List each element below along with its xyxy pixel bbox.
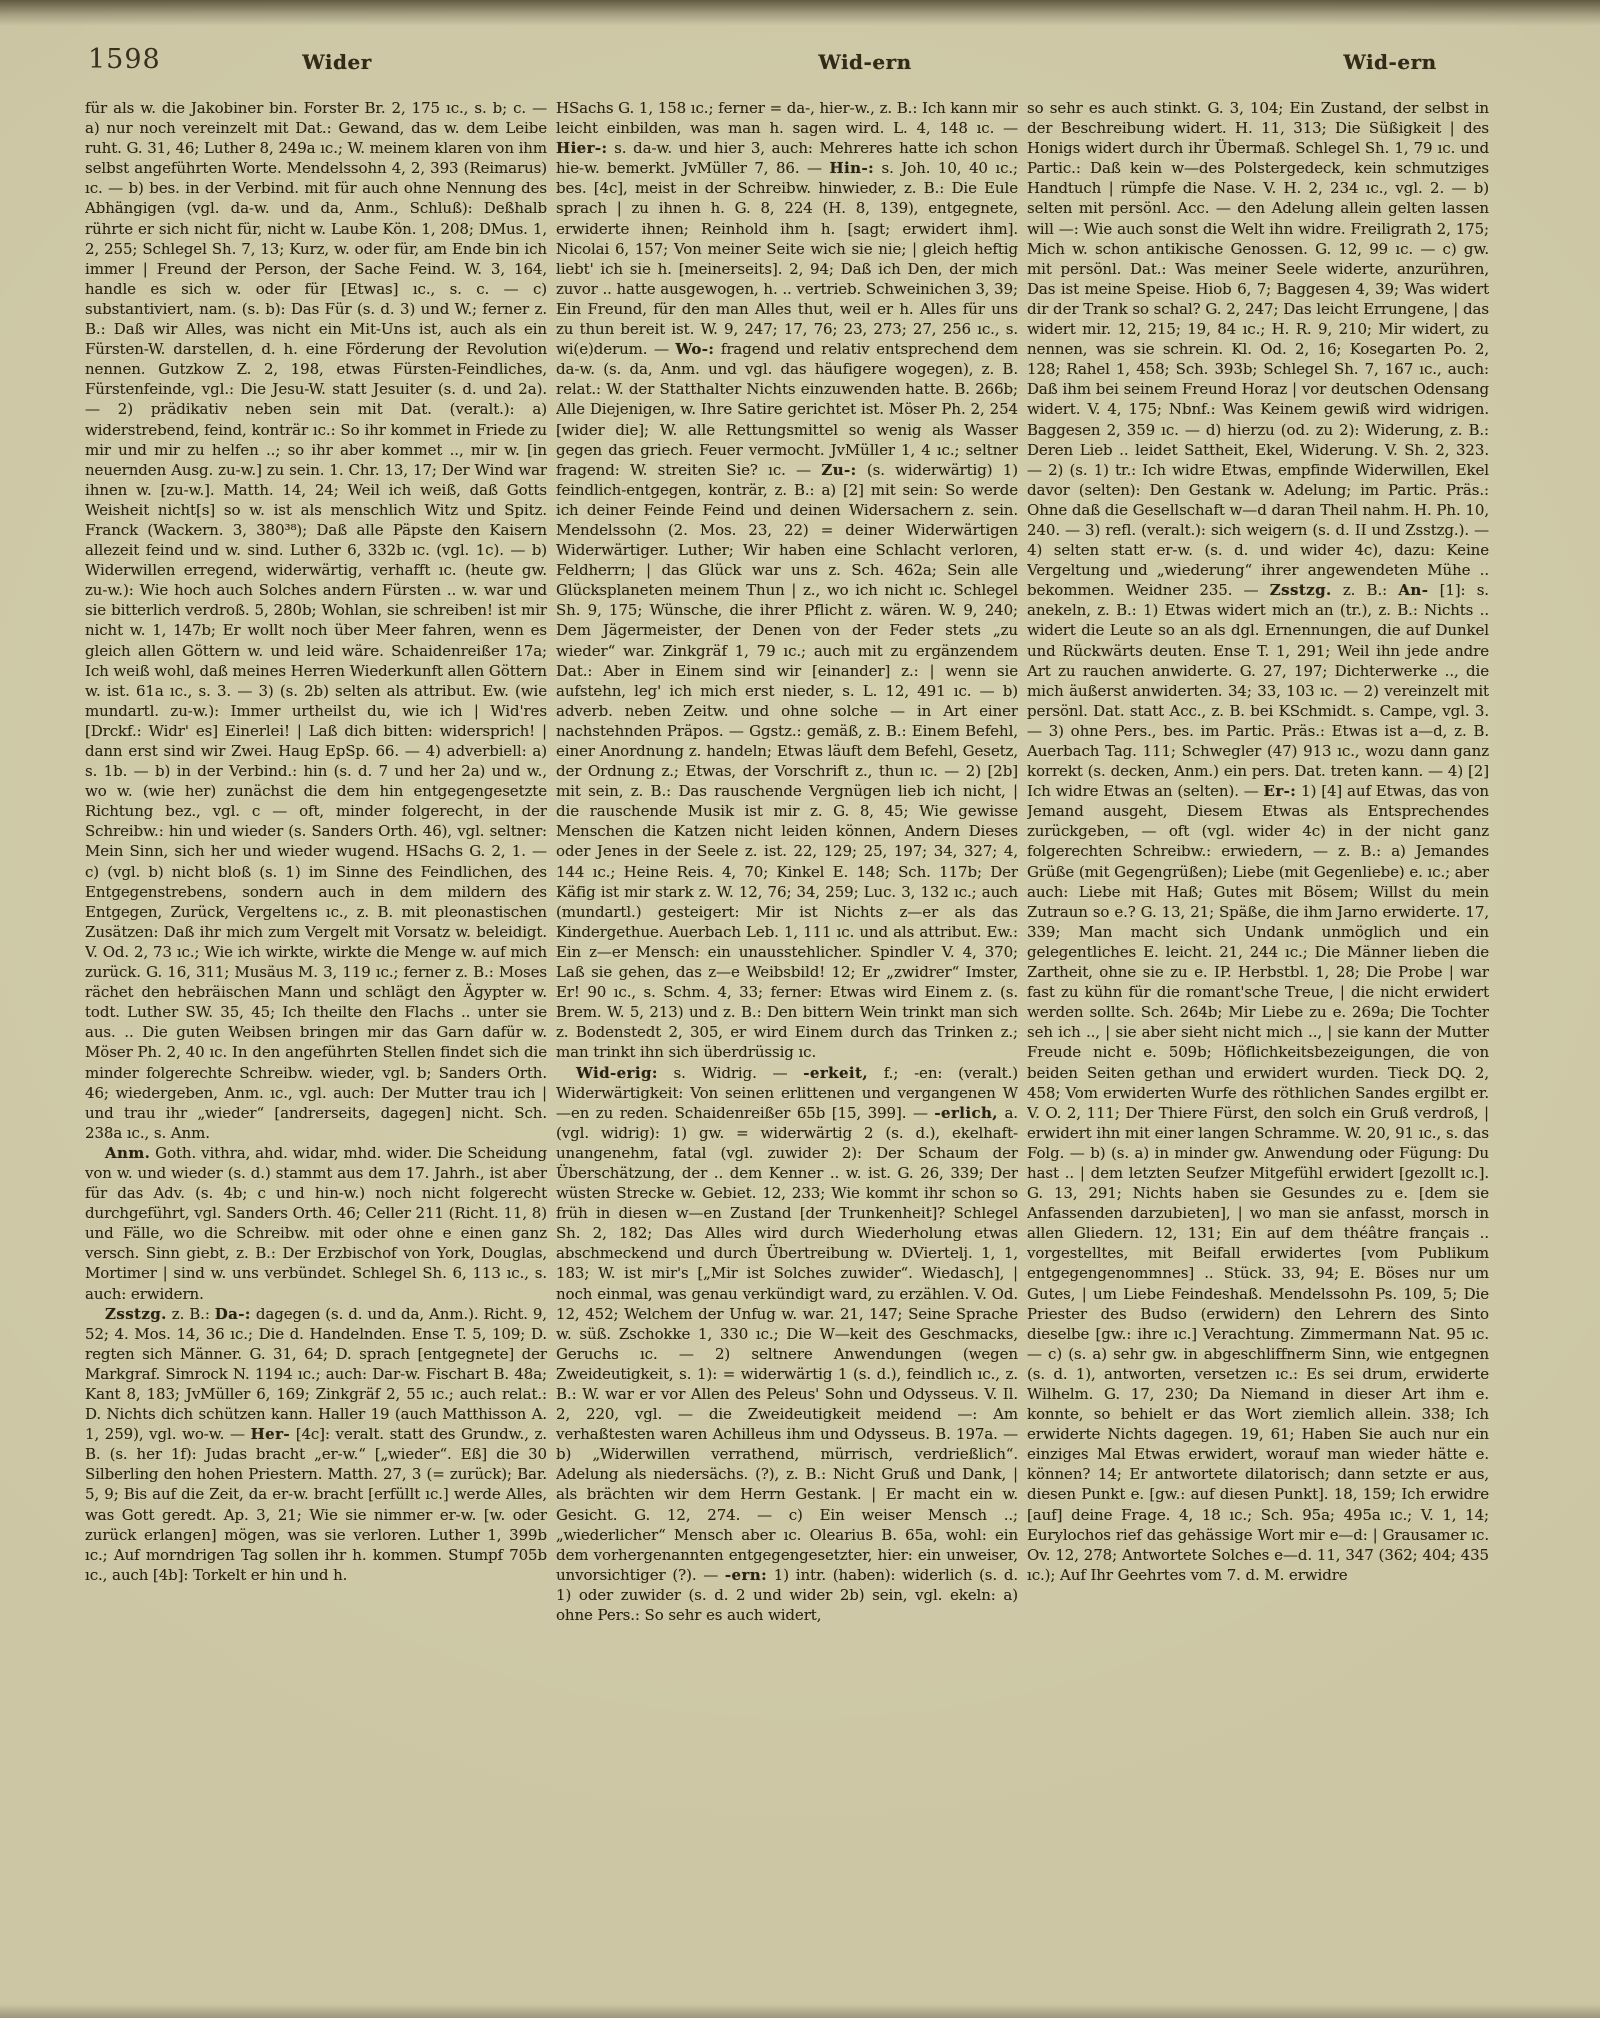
text-column-2: HSachs G. 1, 158 ıc.; ferner = da-, hier…: [556, 98, 1018, 1908]
paragraph: für als w. die Jakobiner bin. Forster Br…: [85, 98, 547, 1143]
paragraph: so sehr es auch stinkt. G. 3, 104; Ein Z…: [1027, 98, 1489, 1585]
paragraph: Zsstzg. z. B.: Da-: dagegen (s. d. und d…: [85, 1304, 547, 1585]
text-column-3: so sehr es auch stinkt. G. 3, 104; Ein Z…: [1027, 98, 1489, 1908]
text-column-1: für als w. die Jakobiner bin. Forster Br…: [85, 98, 547, 1908]
running-head-right: Wid-ern: [1343, 50, 1436, 74]
paragraph: HSachs G. 1, 158 ıc.; ferner = da-, hier…: [556, 98, 1018, 1063]
running-head-center: Wid-ern: [818, 50, 911, 74]
running-head: 1598 Wider Wid-ern Wid-ern: [0, 0, 1600, 90]
paragraph: Anm. Goth. vithra, ahd. widar, mhd. wide…: [85, 1143, 547, 1304]
page-number: 1598: [88, 44, 161, 75]
paragraph: Wid-erig: s. Widrig. — -erkeit, f.; -en:…: [556, 1063, 1018, 1626]
scanned-dictionary-page: 1598 Wider Wid-ern Wid-ern für als w. di…: [0, 0, 1600, 2018]
running-head-left: Wider: [302, 50, 371, 74]
